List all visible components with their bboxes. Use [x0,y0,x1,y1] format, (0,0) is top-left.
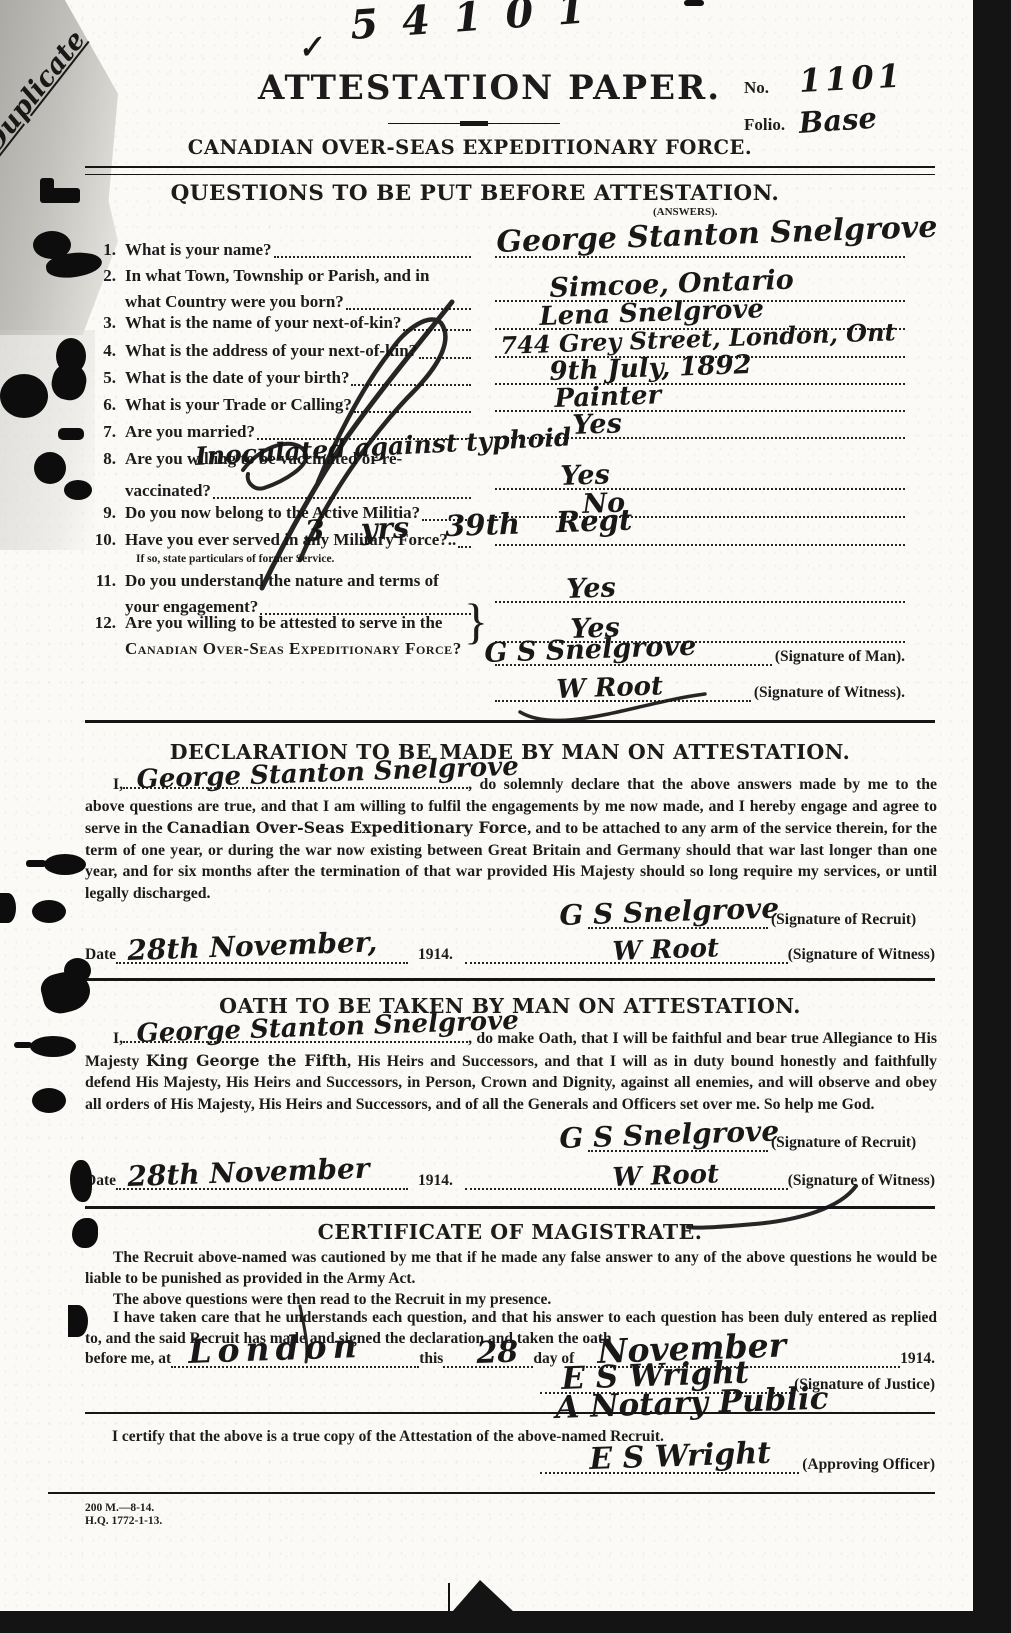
question-row-6: 6.What is your Trade or Calling? [88,392,472,418]
scanned-attestation-paper: { "scan": { "duplicate_note": "Duplicate… [0,0,1011,1633]
oath-recruit-signature: G S Snelgrove [559,1114,780,1155]
ink-blot [0,374,48,418]
question-row-1: 1.What is your name? [88,237,472,263]
ink-blot [40,178,54,194]
dotted-leader [403,329,471,331]
declaration-recruit-sig-row: G S Snelgrove (Signature of Recruit) [588,903,935,929]
question-row-5: 5.What is the date of your birth? [88,365,472,391]
oath-intro: I, [113,1030,123,1047]
signature-line: W Root [495,676,751,702]
ink-blot [34,452,66,484]
date-label: Date [85,946,116,964]
ink-blot [44,854,86,875]
witness-line: W Root [465,1166,788,1190]
oath-date: 28th November [127,1152,370,1193]
answer-line-1: George Stanton Snelgrove [495,256,905,258]
section-rule-1 [85,720,935,723]
king-name: King George the Fifth [146,1051,347,1070]
signature-witness-label: (Signature of Witness). [754,684,905,702]
dotted-leader [354,411,471,413]
oath-witness-label: (Signature of Witness) [788,1172,935,1190]
year-value: 1914. [900,1350,935,1368]
scan-edge-bottom [0,1611,1011,1633]
check-mark: ✓ [295,29,325,67]
declaration-date: 28th November, [127,925,378,967]
oath-date-row: Date 28th November 1914. W Root (Signatu… [85,1166,935,1190]
question-row-4: 4.What is the address of your next-of-ki… [88,338,472,364]
brace: } [464,608,488,634]
signature-of-witness: W Root [556,671,664,705]
no-label: No. [744,78,769,98]
question-text: What is the address of your next-of-kin? [125,338,417,364]
signature-of-man: G S Snelgrove [484,631,697,669]
ink-blot [58,428,84,440]
subtitle: CANADIAN OVER-SEAS EXPEDITIONARY FORCE. [60,136,880,159]
declaration-paragraph: I,George Stanton Snelgrove, do solemnly … [85,770,937,904]
place-value: London [188,1326,364,1371]
this-label: this [419,1350,443,1368]
oath-recruit-sig-row: G S Snelgrove (Signature of Recruit) [588,1126,935,1152]
answer-11: Yes [566,572,616,605]
magistrate-para-1: The Recruit above-named was cautioned by… [85,1248,937,1289]
date-line: 28th November [116,1166,408,1190]
signature-line: G S Snelgrove [495,640,772,666]
question-text: What is your name? [125,237,272,263]
signature-man-label: (Signature of Man). [775,648,905,666]
before-label: before me, at [85,1350,171,1368]
ink-blot [32,900,66,923]
dotted-leader [419,357,471,359]
hq-code: H.Q. 1772-1-13. [85,1515,162,1528]
oath-name-line: George Stanton Snelgrove [123,1024,468,1043]
ink-blot [30,1036,76,1057]
section-rule-3 [85,1206,935,1209]
approving-signature: E S Wright [589,1436,772,1477]
ink-blot [14,1042,32,1048]
answers-label: (ANSWERS). [653,206,717,218]
ink-blot [26,860,46,867]
no-value: 1101 [798,57,905,100]
page-title: ATTESTATION PAPER. [258,68,721,108]
declaration-intro: I, [113,776,123,793]
declaration-recruit-signature: G S Snelgrove [559,891,780,932]
dotted-leader [458,546,471,548]
question-row-2: 2.In what Town, Township or Parish, and … [88,263,472,315]
question-text: In what Town, Township or Parish, and in [125,263,429,289]
ink-blot [0,893,16,923]
approving-sig-row: E S Wright (Approving Officer) [540,1448,935,1474]
date-year: 1914. [418,1172,453,1190]
before-me-row: before me, at London this 28 day of Nove… [85,1344,935,1368]
question-text: Do you understand the nature and terms o… [125,568,439,594]
signature-line: G S Snelgrove [588,1126,768,1152]
force-name: Canadian Over-Seas Expeditionary Force [167,818,527,837]
magistrate-title: CERTIFICATE OF MAGISTRATE. [85,1220,935,1244]
question-text: What is the name of your next-of-kin? [125,310,401,336]
answer-line-11: Yes [495,601,905,603]
answer-line-6: Painter [495,410,905,412]
footer-codes: 200 M.—8-14. H.Q. 1772-1-13. [85,1502,162,1528]
date-year: 1914. [418,946,453,964]
ink-blot [64,480,92,500]
witness-line: W Root [465,940,788,964]
scan-triangle-mark [452,1580,514,1612]
declaration-witness-label: (Signature of Witness) [788,946,935,964]
dotted-leader [351,384,471,386]
question-text: What is the date of your birth? [125,365,349,391]
declaration-recruit-label: (Signature of Recruit) [771,911,916,929]
scan-edge-right [973,0,1011,1633]
question-text-2: Canadian Over-Seas Expeditionary Force? [125,636,462,662]
answer-line-10: 3 yrs 39th Regt [495,544,905,546]
dotted-leader [213,497,471,499]
place-line: London [171,1344,419,1368]
declaration-witness-signature: W Root [612,933,720,967]
signature-man-row: G S Snelgrove (Signature of Man). [495,640,905,666]
dotted-leader [274,256,471,258]
header-rule [85,166,935,175]
date-line: 28th November, [116,940,408,964]
answer-7: Yes [572,408,622,441]
day-value: 28 [476,1335,519,1371]
answer-line-8: Yes [495,488,905,490]
print-code: 200 M.—8-14. [85,1502,162,1515]
questions-title: QUESTIONS TO BE PUT BEFORE ATTESTATION. [60,181,890,206]
oath-recruit-label: (Signature of Recruit) [771,1134,916,1152]
ink-blot [68,1305,88,1337]
serial-number: 54101 [349,0,611,49]
answer-1: George Stanton Snelgrove [496,210,938,260]
footer-rule [48,1492,935,1494]
signature-witness-row: W Root (Signature of Witness). [495,676,905,702]
answer-8: Yes [560,459,610,492]
scan-mark-top [684,0,704,6]
signature-line: G S Snelgrove [588,903,768,929]
folio-value: Base [798,101,878,140]
question-text: What is your Trade or Calling? [125,392,352,418]
ink-blot [32,1088,66,1113]
declaration-date-row: Date 28th November, 1914. W Root (Signat… [85,940,935,964]
oath-witness-signature: W Root [612,1159,720,1193]
certify-text: I certify that the above is a true copy … [112,1428,664,1446]
section-rule-2 [85,978,935,981]
question-row-12: 12.Are you willing to be attested to ser… [88,610,472,662]
question-10-note: If so, state particulars of former Servi… [136,553,472,566]
question-row-3: 3.What is the name of your next-of-kin? [88,310,472,336]
approving-label: (Approving Officer) [802,1456,935,1474]
question-text: Are you willing to be attested to serve … [125,610,442,636]
ink-blot [70,1160,92,1202]
declaration-name-line: George Stanton Snelgrove [123,770,468,789]
section-rule-4 [85,1412,935,1414]
ink-blot [72,1218,98,1248]
scan-line-bottom [448,1583,450,1611]
signature-line: E S Wright [540,1448,799,1474]
folio-label: Folio. [744,115,785,135]
oath-paragraph: I,George Stanton Snelgrove, do make Oath… [85,1024,937,1115]
title-divider [388,123,560,126]
day-line: 28 [443,1344,533,1368]
